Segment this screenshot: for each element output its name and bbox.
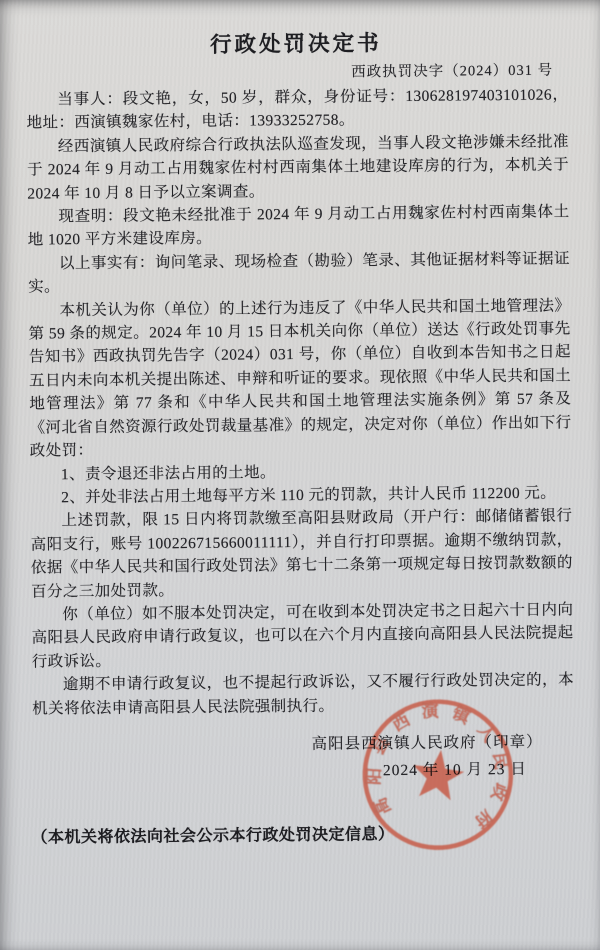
penalty-decision-document: 行政处罚决定书 西政执罚决字（2024）031 号 当事人：段文艳，女，50 岁…	[0, 0, 600, 950]
paragraph-appeal-rights: 你（单位）如不服本处罚决定，可在收到本处罚决定书之日起六十日内向高阳县人民政府申…	[31, 598, 574, 673]
paragraph-payment-info: 上述罚款，限 15 日内将罚款缴至高阳县财政局（开户行：邮储储蓄银行高阳支行，账…	[30, 505, 573, 604]
paragraph-evidence: 以上事实有：询问笔录、现场检查（勘验）笔录、其他证据材料等证据证实。	[28, 247, 570, 299]
document-number: 西政执罚决字（2024）031 号	[351, 59, 553, 82]
paragraph-case-discovery: 经西演镇人民政府综合行政执法队巡查发现，当事人段文艳涉嫌未经批准于 2024 年…	[27, 130, 570, 205]
document-body: 当事人：段文艳，女，50 岁，群众，身份证号：13062819740310102…	[26, 83, 574, 720]
official-seal: 高阳县西演镇人民政府	[348, 685, 527, 864]
document-title: 行政处罚决定书	[0, 24, 596, 61]
paragraph-legal-basis: 本机关认为你（单位）的上述行为违反了《中华人民共和国土地管理法》第 59 条的规…	[28, 294, 572, 463]
seal-star	[409, 747, 466, 802]
paragraph-party-info: 当事人：段文艳，女，50 岁，群众，身份证号：13062819740310102…	[26, 83, 568, 135]
paragraph-findings: 现查明：段文艳未经批准于 2024 年 9 月动工占用魏家佐村村西南集体土地 1…	[27, 200, 569, 252]
public-disclosure-note: （本机关将依法向社会公示本行政处罚决定信息）	[31, 821, 394, 847]
